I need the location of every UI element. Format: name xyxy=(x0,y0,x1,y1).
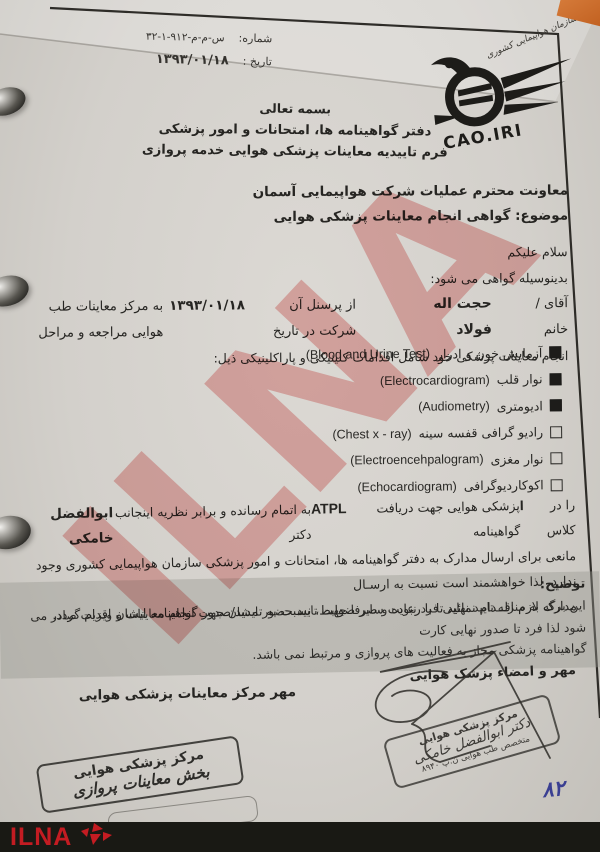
checklist-item-label-fa: نوار قلب xyxy=(497,372,543,387)
checkbox-icon xyxy=(551,479,563,491)
checkbox-icon xyxy=(550,399,562,411)
conclusion-paragraph: را در کلاس I پزشکی هوایی جهت دریافت گواه… xyxy=(13,492,577,628)
checklist-item-label-fa: آزمایش خون و ادرار xyxy=(437,345,542,361)
conclusion-part3: به اتمام رسانده و برابر نظریه اینجانب دک… xyxy=(113,497,312,550)
number-value: ۳۲-۱-۹۱۲-س-م-م xyxy=(146,31,225,45)
addressee-line: معاونت محترم عملیات شرکت هواپیمایی آسمان xyxy=(22,179,568,207)
greeting-line: سلام علیکم xyxy=(16,239,568,268)
checklist-item-label-fa: اکوکاردیوگرافی xyxy=(464,478,544,494)
checkbox-icon xyxy=(549,346,561,358)
visit-date: ۱۳۹۳/۰۱/۱۸ xyxy=(169,292,245,319)
document-date-row: تاریخ : ۱۳۹۳/۰۱/۱۸ xyxy=(52,50,272,70)
checkbox-icon xyxy=(550,426,562,438)
conclusion-part2: پزشکی هوایی جهت دریافت گواهینامه xyxy=(346,493,520,546)
checklist-item-label-fa: نوار مغزی xyxy=(490,451,543,467)
checkbox-icon xyxy=(550,373,562,385)
certify-line: بدینوسیله گواهی می شود: xyxy=(16,265,568,294)
checklist-item-label-en: (Electroencehpalogram) xyxy=(350,452,484,467)
document-meta: شماره: ۳۲-۱-۹۱۲-س-م-م تاریخ : ۱۳۹۳/۰۱/۱۸ xyxy=(52,28,273,79)
date-label: تاریخ : xyxy=(243,55,272,69)
addressee-block: معاونت محترم عملیات شرکت هواپیمایی آسمان… xyxy=(22,179,568,232)
checklist-item-label-en: (Blood and Urine Test) xyxy=(306,347,430,362)
personnel-line: آقای /خانم حجت اله فولاد از پرسنل آن شرک… xyxy=(16,290,568,347)
subject-line: موضوع: گواهی انجام معاینات پزشکی هوایی xyxy=(22,204,568,232)
checklist-item-label-fa: ادیومتری xyxy=(497,398,543,413)
checklist-item-label-en: (Echocardiogram) xyxy=(357,479,456,494)
ilna-logo-icon xyxy=(79,822,113,852)
ilna-logo-text: ILNA xyxy=(10,825,72,850)
form-header: بسمه تعالی دفتر گواهینامه ها، امتحانات و… xyxy=(140,99,451,160)
license-type-value: ATPL xyxy=(311,496,347,522)
checklist-item-label-en: (Audiometry) xyxy=(418,399,490,414)
checklist-item-label-en: (Electrocardiogram) xyxy=(380,373,490,388)
exam-checklist: آزمایش خون و ادرار (Blood and Urine Test… xyxy=(19,339,569,504)
person-mid-text: از پرسنل آن شرکت در تاریخ xyxy=(263,293,356,346)
person-suffix-text: به مرکز معاینات طب هوایی مراجعه و مراحل xyxy=(16,294,164,347)
number-label: شماره: xyxy=(238,32,272,46)
checkbox-icon xyxy=(550,452,562,464)
person-prefix: آقای /خانم xyxy=(534,291,569,343)
ilna-footer-bar: ILNA xyxy=(0,822,600,852)
scanned-document-photo: شماره: ۳۲-۱-۹۱۲-س-م-م تاریخ : ۱۳۹۳/۰۱/۱۸… xyxy=(0,0,600,852)
office-line: دفتر گواهینامه ها، امتحانات و امور پزشکی xyxy=(140,121,450,139)
checklist-item-label-en: (Chest x - ray) xyxy=(332,427,411,442)
person-name: حجت اله فولاد xyxy=(432,291,492,343)
conclusion-part1: را در کلاس xyxy=(523,492,575,543)
medical-class-value: I xyxy=(520,493,524,518)
besmele-line: بسمه تعالی xyxy=(140,99,450,117)
handwritten-page-number: ۸۲ xyxy=(541,775,566,802)
checklist-item-label-fa: رادیو گرافی قفسه سینه xyxy=(419,425,544,441)
date-value: ۱۳۹۳/۰۱/۱۸ xyxy=(156,52,229,69)
